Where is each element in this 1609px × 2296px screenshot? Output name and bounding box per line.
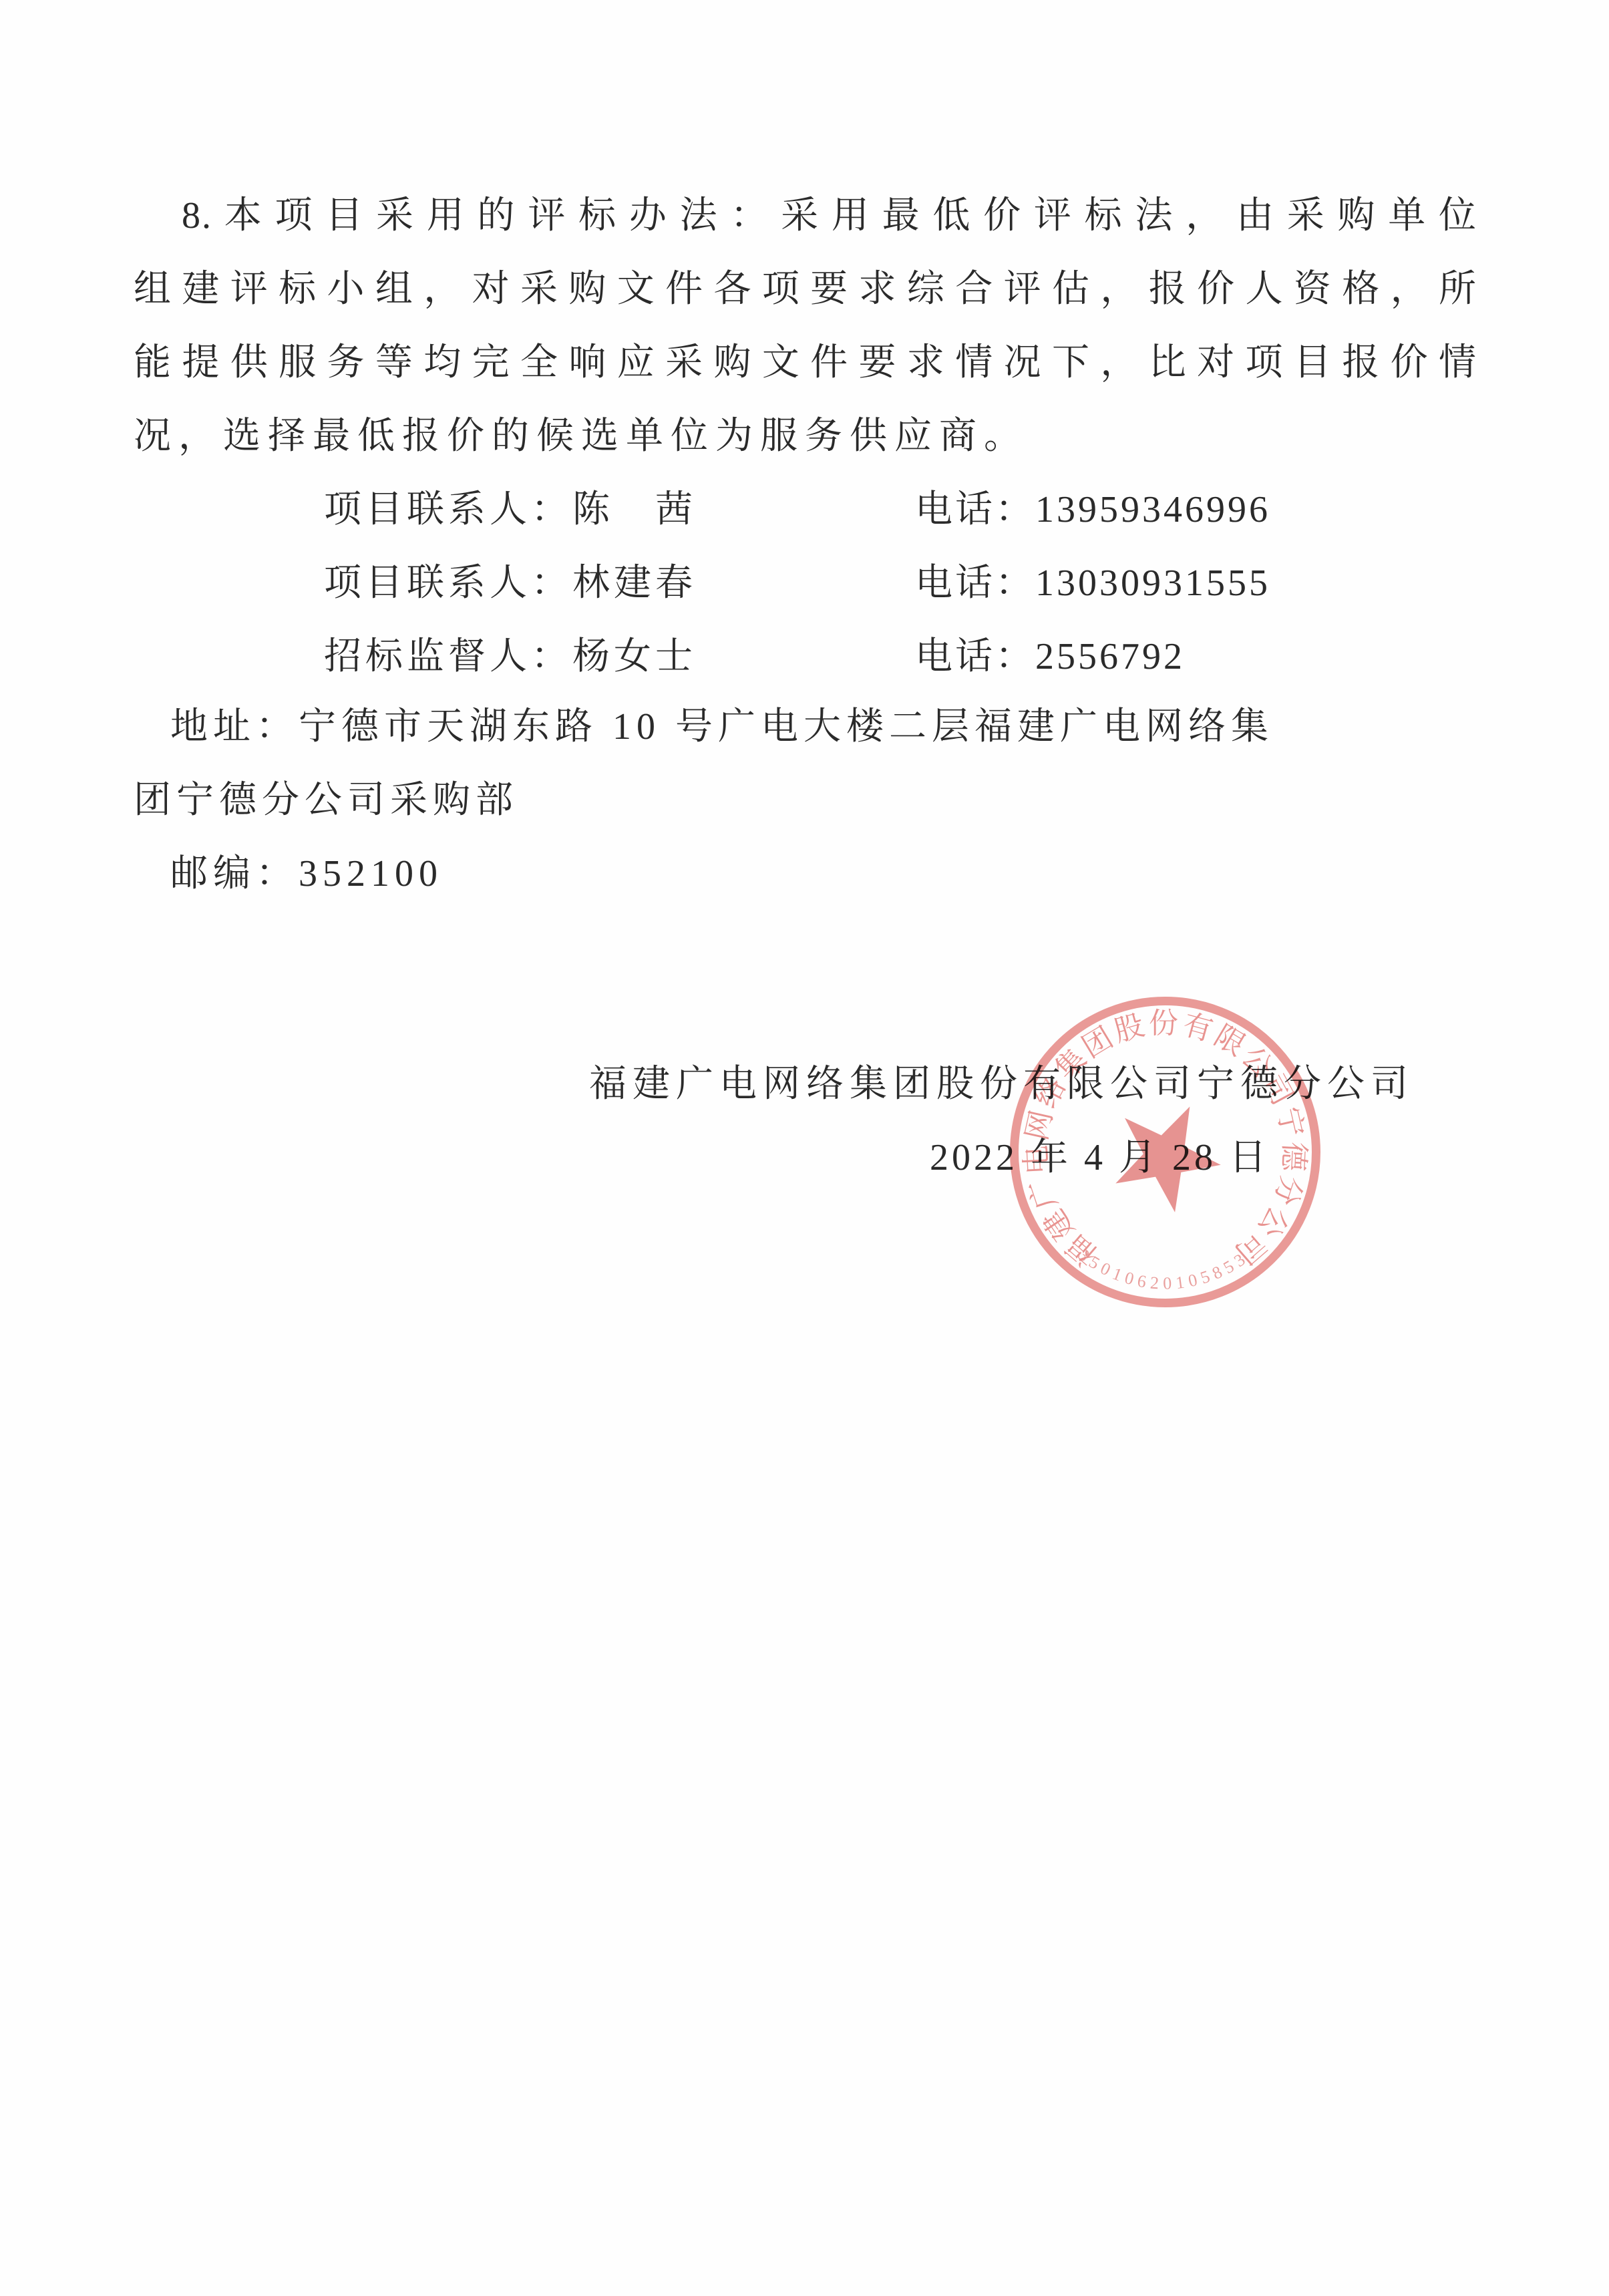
contact-row: 项目联系人：林建春 电话：13030931555 — [0, 546, 1609, 620]
contact-label-name: 项目联系人：林建春 — [324, 546, 697, 620]
company-seal-stamp: 福建广电网络集团股份有限公司宁德分公司 35010620105853 — [1003, 990, 1327, 1314]
seal-star-icon — [1105, 1103, 1228, 1221]
contact-label-name: 招标监督人：杨女士 — [324, 620, 697, 693]
postal-code-line: 邮编：352100 — [170, 837, 443, 911]
contact-name: 陈 茜 — [572, 489, 697, 530]
phone-label: 电话： — [915, 489, 1035, 530]
phone-label: 电话： — [915, 636, 1035, 677]
phone-number: 2556792 — [1035, 636, 1185, 677]
phone-number: 13959346996 — [1035, 489, 1270, 530]
contact-name: 林建春 — [572, 562, 697, 604]
contact-row: 项目联系人：陈 茜 电话：13959346996 — [0, 473, 1609, 546]
address-line-2: 团宁德分公司采购部 — [134, 764, 518, 837]
contact-phone: 电话：2556792 — [915, 620, 1185, 693]
address-line-1: 地址：宁德市天湖东路 10 号广电大楼二层福建广电网络集 — [170, 690, 1274, 764]
postal-code: 352100 — [299, 853, 443, 894]
contact-label: 项目联系人： — [324, 562, 572, 604]
postal-label: 邮编： — [170, 853, 299, 894]
contact-phone: 电话：13959346996 — [915, 473, 1270, 546]
paragraph-line: 组建评标小组，对采购文件各项要求综合评估，报价人资格，所 — [134, 253, 1477, 326]
paragraph-line: 况，选择最低报价的候选单位为服务供应商。 — [134, 399, 1477, 473]
contact-phone: 电话：13030931555 — [915, 546, 1270, 620]
contact-label: 项目联系人： — [324, 489, 572, 530]
paragraph-line: 8.本项目采用的评标办法：采用最低价评标法，由采购单位 — [134, 179, 1477, 253]
evaluation-method-paragraph: 8.本项目采用的评标办法：采用最低价评标法，由采购单位 组建评标小组，对采购文件… — [134, 179, 1477, 473]
phone-label: 电话： — [915, 562, 1035, 604]
paragraph-line: 能提供服务等均完全响应采购文件要求情况下，比对项目报价情 — [134, 326, 1477, 399]
document-page: 8.本项目采用的评标办法：采用最低价评标法，由采购单位 组建评标小组，对采购文件… — [0, 0, 1609, 2296]
phone-number: 13030931555 — [1035, 562, 1270, 604]
contact-row: 招标监督人：杨女士 电话：2556792 — [0, 620, 1609, 693]
contact-name: 杨女士 — [572, 636, 697, 677]
contact-label-name: 项目联系人：陈 茜 — [324, 473, 697, 546]
contact-label: 招标监督人： — [324, 636, 572, 677]
